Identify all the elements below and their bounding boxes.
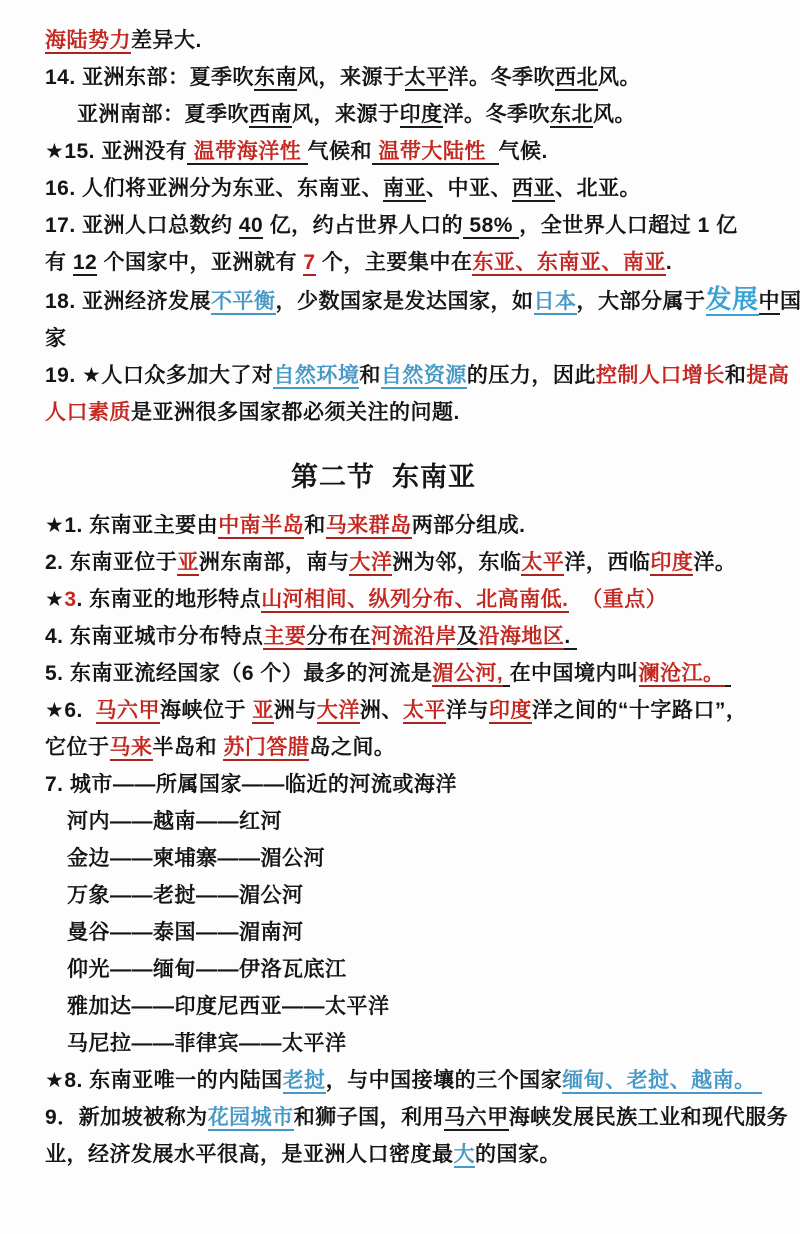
highlight-term: 山河相间、纵列分布、北高南低. <box>261 588 568 613</box>
document-body: 海陆势力差异大.14. 亚洲东部：夏季吹东南风，来源于太平洋。冬季吹西北风。亚洲… <box>0 0 800 1173</box>
text-line: ★1. 东南亚主要由中南半岛和马来群岛两部分组成. <box>45 507 782 544</box>
highlight-term: 58% <box>463 214 519 239</box>
text-line: 16. 人们将亚洲分为东亚、东南亚、南亚、中亚、西亚、北亚。 <box>45 170 782 207</box>
text-segment: 曼谷——泰国——湄南河 <box>67 921 304 944</box>
text-segment: . 东南亚的地形特点 <box>77 588 262 611</box>
text-line: 业，经济发展水平很高，是亚洲人口密度最大的国家。 <box>45 1136 782 1173</box>
text-segment: 洲为邻，东临 <box>392 551 521 574</box>
text-line: 河内——越南——红河 <box>45 803 782 840</box>
highlight-term <box>725 662 731 687</box>
text-segment: ，大部分属于 <box>577 290 706 313</box>
highlight-term: 3 <box>64 588 76 611</box>
text-segment: 海峡位于 <box>160 699 252 722</box>
highlight-term: 东北 <box>550 103 593 128</box>
highlight-term: 西北 <box>555 66 598 91</box>
text-segment <box>569 588 582 611</box>
text-segment: 风，来源于 <box>292 103 400 126</box>
text-segment: 14. 亚洲东部：夏季吹 <box>45 66 254 89</box>
highlight-term: 分布在 <box>306 625 371 650</box>
text-segment: 河内——越南——红河 <box>67 810 282 833</box>
highlight-term: 花园城市 <box>208 1106 294 1131</box>
highlight-term: 海陆势力 <box>45 29 131 54</box>
text-line: ★6. 马六甲海峡位于 亚洲与大洋洲、太平洋与印度洋之间的“十字路口”， <box>45 692 782 729</box>
text-segment: 18. 亚洲经济发展 <box>45 290 211 313</box>
highlight-term: 温带大陆性 <box>372 140 499 165</box>
highlight-term: 湄公河, <box>432 662 503 687</box>
highlight-term: 亚 <box>252 699 274 724</box>
text-segment: 洋。冬季吹 <box>443 103 551 126</box>
text-segment: 风。 <box>598 66 641 89</box>
text-segment: 洲、 <box>360 699 403 722</box>
highlight-term: 太平 <box>405 66 448 91</box>
text-segment: 19. ★人口众多加大了对 <box>45 364 273 387</box>
text-segment: 和 <box>725 364 747 387</box>
text-line: ★3. 东南亚的地形特点山河相间、纵列分布、北高南低. （重点） <box>45 581 782 618</box>
highlight-term: 东南 <box>254 66 297 91</box>
text-line: 马尼拉——菲律宾——太平洋 <box>45 1025 782 1062</box>
text-segment: 它位于 <box>45 736 110 759</box>
text-segment: 洲与 <box>274 699 317 722</box>
text-segment: ★ <box>45 588 64 611</box>
highlight-term: 亚 <box>177 551 199 576</box>
text-line: 雅加达——印度尼西亚——太平洋 <box>45 988 782 1025</box>
text-segment: 万象——老挝——湄公河 <box>67 884 304 907</box>
highlight-term: 河流沿岸 <box>371 625 457 650</box>
text-segment: 4. 东南亚城市分布特点 <box>45 625 263 648</box>
highlight-term: 40 <box>239 214 263 239</box>
text-segment: 、北亚。 <box>555 177 641 200</box>
highlight-term: 日本 <box>534 290 577 315</box>
highlight-term: 温带海洋性 <box>187 140 307 165</box>
highlight-term: 及 <box>457 625 479 650</box>
text-segment: 风，来源于 <box>297 66 405 89</box>
text-segment: 家 <box>45 327 67 350</box>
highlight-term: 缅甸、老挝、越南。 <box>562 1069 762 1094</box>
text-line: ★15. 亚洲没有 温带海洋性 气候和 温带大陆性 气候. <box>45 133 782 170</box>
text-segment: 马尼拉——菲律宾——太平洋 <box>67 1032 347 1055</box>
text-line: 18. 亚洲经济发展不平衡，少数国家是发达国家，如日本，大部分属于发展中国 <box>45 281 782 320</box>
text-segment: 洋，西临 <box>564 551 650 574</box>
highlight-term: 中 <box>759 290 781 315</box>
text-segment: 亚洲南部：夏季吹 <box>77 103 249 126</box>
text-segment: 气候和 <box>308 140 373 163</box>
text-segment: ，少数国家是发达国家，如 <box>276 290 534 313</box>
highlight-term: 南亚 <box>383 177 426 202</box>
highlight-term: 印度 <box>400 103 443 128</box>
text-segment: ★15. 亚洲没有 <box>45 140 187 163</box>
text-line: 家 <box>45 320 782 357</box>
text-segment: 仰光——缅甸——伊洛瓦底江 <box>67 958 347 981</box>
text-segment: 岛之间。 <box>309 736 395 759</box>
text-line: 海陆势力差异大. <box>45 22 782 59</box>
highlight-term: 老挝 <box>283 1069 326 1094</box>
text-line: 金边——柬埔寨——湄公河 <box>45 840 782 877</box>
text-segment: 半岛和 <box>153 736 224 759</box>
highlight-term: 不平衡 <box>211 290 276 315</box>
highlight-term: 大洋 <box>317 699 360 724</box>
text-segment: 洲东南部，南与 <box>199 551 350 574</box>
text-segment: 个，主要集中在 <box>316 251 473 274</box>
text-segment: 16. 人们将亚洲分为东亚、东南亚、 <box>45 177 383 200</box>
text-line: ★8. 东南亚唯一的内陆国老挝，与中国接壤的三个国家缅甸、老挝、越南。 <box>45 1062 782 1099</box>
highlight-term: 控制人口增长 <box>596 364 725 387</box>
text-segment: 差异大. <box>131 29 202 52</box>
text-segment: 2. 东南亚位于 <box>45 551 177 574</box>
highlight-term: 马六甲 <box>444 1106 509 1131</box>
text-segment: 洋。 <box>693 551 736 574</box>
highlight-term: 大 <box>454 1143 476 1168</box>
highlight-term: 12 <box>73 251 97 276</box>
highlight-term: 中南半岛 <box>218 514 304 539</box>
text-line: 2. 东南亚位于亚洲东南部，南与大洋洲为邻，东临太平洋，西临印度洋。 <box>45 544 782 581</box>
text-line: 万象——老挝——湄公河 <box>45 877 782 914</box>
highlight-term: 马来 <box>110 736 153 761</box>
text-segment: 个国家中，亚洲就有 <box>97 251 303 274</box>
text-segment: 、中亚、 <box>426 177 512 200</box>
text-segment: 洋之间的“十字路口”， <box>532 699 748 722</box>
text-segment: 17. 亚洲人口总数约 <box>45 214 239 237</box>
text-line: 它位于马来半岛和 苏门答腊岛之间。 <box>45 729 782 766</box>
text-segment: 气候. <box>499 140 548 163</box>
text-line: 19. ★人口众多加大了对自然环境和自然资源的压力，因此控制人口增长和提高 <box>45 357 782 394</box>
text-segment: 是亚洲很多国家都必须关注的问题. <box>131 401 460 424</box>
text-segment: 洋与 <box>446 699 489 722</box>
highlight-term: 提高 <box>746 364 789 387</box>
text-segment: 9．新加坡被称为 <box>45 1106 208 1129</box>
text-line: 仰光——缅甸——伊洛瓦底江 <box>45 951 782 988</box>
text-segment: 和狮子国，利用 <box>294 1106 445 1129</box>
text-line: 14. 亚洲东部：夏季吹东南风，来源于太平洋。冬季吹西北风。 <box>45 59 782 96</box>
text-segment: ★6. <box>45 699 96 722</box>
text-segment: 和 <box>304 514 326 537</box>
text-line: 曼谷——泰国——湄南河 <box>45 914 782 951</box>
text-segment: 两部分组成. <box>412 514 526 537</box>
text-segment: ，全世界人口超过 1 亿 <box>519 214 737 237</box>
text-segment: 在中国境内叫 <box>510 662 639 685</box>
highlight-term: 自然环境 <box>273 364 359 389</box>
text-line: 17. 亚洲人口总数约 40 亿，约占世界人口的 58% ，全世界人口超过 1 … <box>45 207 782 244</box>
text-segment: 雅加达——印度尼西亚——太平洋 <box>67 995 390 1018</box>
highlight-term: 7 <box>303 251 315 276</box>
highlight-term: 苏门答腊 <box>223 736 309 761</box>
text-segment: 国 <box>780 290 800 313</box>
highlight-term: 马六甲 <box>96 699 161 724</box>
highlight-term: 主要 <box>263 625 306 650</box>
text-segment: . <box>666 251 672 274</box>
text-segment: 亿，约占世界人口的 <box>263 214 463 237</box>
text-segment: 有 <box>45 251 73 274</box>
text-segment: 和 <box>359 364 381 387</box>
text-line: 7. 城市——所属国家——临近的河流或海洋 <box>45 766 782 803</box>
highlight-term: 自然资源 <box>381 364 467 389</box>
highlight-term: 西亚 <box>512 177 555 202</box>
text-segment: 海峡发展民族工业和现代服务 <box>509 1106 789 1129</box>
text-segment: 5. 东南亚流经国家（6 个）最多的河流是 <box>45 662 432 685</box>
highlight-term: 澜沧江。 <box>639 662 725 687</box>
text-segment: 的国家。 <box>475 1143 561 1166</box>
text-segment: 金边——柬埔寨——湄公河 <box>67 847 325 870</box>
text-segment: 业，经济发展水平很高，是亚洲人口密度最 <box>45 1143 454 1166</box>
highlight-term: 人口素质 <box>45 401 131 424</box>
highlight-term: 太平 <box>403 699 446 724</box>
section-title: 第二节 东南亚 <box>45 457 722 497</box>
text-line: 5. 东南亚流经国家（6 个）最多的河流是湄公河, 在中国境内叫澜沧江。 <box>45 655 782 692</box>
highlight-term: 发展 <box>706 284 759 316</box>
highlight-term: 印度 <box>650 551 693 576</box>
text-segment: ★1. 东南亚主要由 <box>45 514 218 537</box>
highlight-term: 西南 <box>249 103 292 128</box>
highlight-term: 大洋 <box>349 551 392 576</box>
text-line: 有 12 个国家中，亚洲就有 7 个，主要集中在东亚、东南亚、南亚. <box>45 244 782 281</box>
highlight-term: 东亚、东南亚、南亚 <box>472 251 666 276</box>
text-segment: 洋。冬季吹 <box>448 66 556 89</box>
text-segment: 7. 城市——所属国家——临近的河流或海洋 <box>45 773 457 796</box>
highlight-term: 太平 <box>521 551 564 576</box>
text-segment: ，与中国接壤的三个国家 <box>326 1069 563 1092</box>
highlight-term: 马来群岛 <box>326 514 412 539</box>
text-line: 亚洲南部：夏季吹西南风，来源于印度洋。冬季吹东北风。 <box>45 96 782 133</box>
text-segment: 第二节 东南亚 <box>291 462 476 492</box>
text-line: 9．新加坡被称为花园城市和狮子国，利用马六甲海峡发展民族工业和现代服务 <box>45 1099 782 1136</box>
highlight-term: 沿海地区 <box>478 625 564 650</box>
highlight-term: 印度 <box>489 699 532 724</box>
text-segment: 的压力，因此 <box>467 364 596 387</box>
text-line: 4. 东南亚城市分布特点主要分布在河流沿岸及沿海地区. <box>45 618 782 655</box>
highlight-term: . <box>564 625 577 650</box>
text-line: 人口素质是亚洲很多国家都必须关注的问题. <box>45 394 782 431</box>
text-segment: 风。 <box>593 103 636 126</box>
text-segment: ★8. 东南亚唯一的内陆国 <box>45 1069 283 1092</box>
highlight-term: （重点） <box>581 588 667 611</box>
